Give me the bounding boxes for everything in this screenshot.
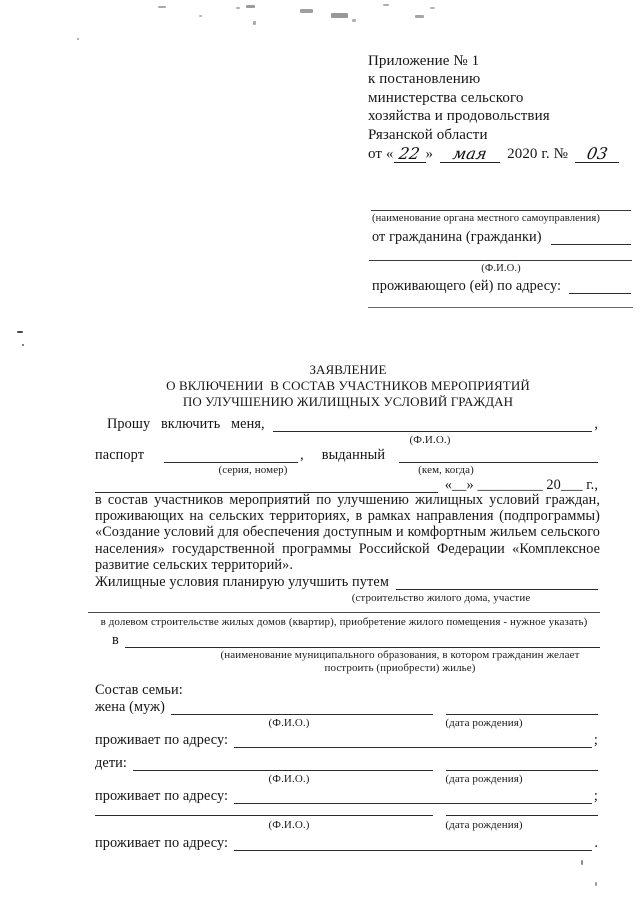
approval-line: министерства сельского xyxy=(368,89,632,107)
semicolon: ; xyxy=(592,733,598,748)
request-paragraph: в состав участников мероприятий по улучш… xyxy=(95,492,600,573)
blank-line-child-fio xyxy=(133,757,433,771)
org-caption: (наименование органа местного самоуправл… xyxy=(372,213,600,224)
blank-line-passport xyxy=(164,449,298,463)
fio-caption: (Ф.И.О.) xyxy=(269,819,310,831)
fio-caption: (Ф.И.О.) xyxy=(410,434,451,446)
blank-line xyxy=(95,479,438,493)
housing-lead-label: Жилищные условия планирую улучшить путем xyxy=(95,575,389,590)
blank-line-fio xyxy=(273,418,593,432)
fio-caption: (Ф.И.О.) xyxy=(269,773,310,785)
from-citizen-row: от гражданина (гражданки) xyxy=(372,230,631,245)
spouse-label: жена (муж) xyxy=(95,700,165,715)
title-line-3: ПО УЛУЧШЕНИЮ ЖИЛИЩНЫХ УСЛОВИЙ ГРАЖДАН xyxy=(98,394,598,410)
housing-separator xyxy=(88,612,600,613)
blank-line-member-fio xyxy=(95,802,433,816)
scan-speck xyxy=(352,19,356,22)
family-heading-label: Состав семьи: xyxy=(95,683,183,698)
issue-date-row: «__» _________ 20___ г., xyxy=(95,478,598,493)
housing-caption-2: в долевом строительстве жилых домов (ква… xyxy=(88,616,600,628)
scanned-document-page: Приложение № 1 к постановлению министерс… xyxy=(0,0,640,905)
housing-lead-row: Жилищные условия планирую улучшить путем xyxy=(95,575,598,590)
blank-line-method xyxy=(396,576,598,590)
blank-line xyxy=(551,231,631,245)
blank-line-issuer xyxy=(399,449,598,463)
request-intro-row: Прошу включить меня, , xyxy=(95,417,598,432)
blank-line-municipality xyxy=(125,634,600,648)
scan-speck xyxy=(415,15,424,18)
residence-row: проживающего (ей) по адресу: xyxy=(372,279,631,294)
scan-speck xyxy=(595,882,597,886)
blank-line-address xyxy=(234,837,592,851)
scan-speck xyxy=(17,331,23,333)
address-label: проживает по адресу: xyxy=(95,733,228,748)
extra-member-address-row: проживает по адресу: . xyxy=(95,836,598,851)
scan-speck xyxy=(300,9,313,13)
municipality-caption-1: (наименование муниципального образования… xyxy=(221,649,580,661)
date-blank-text: «__» _________ 20___ г., xyxy=(438,478,598,493)
title-line-1: ЗАЯВЛЕНИЕ xyxy=(98,362,598,378)
approval-line: Приложение № 1 xyxy=(368,52,632,70)
title-line-2: О ВКЛЮЧЕНИИ В СОСТАВ УЧАСТНИКОВ МЕРОПРИЯ… xyxy=(98,378,598,394)
approval-line: хозяйства и продовольствия xyxy=(368,107,632,125)
handwritten-month: мая xyxy=(440,145,500,163)
comma: , xyxy=(298,448,304,463)
date-year-label: 2020 г. № xyxy=(507,145,568,163)
date-prefix: от « xyxy=(368,145,394,163)
passport-row: паспорт , выданный xyxy=(95,448,598,463)
date-quote-close: » xyxy=(426,145,434,163)
scan-speck xyxy=(430,7,435,9)
passport-label: паспорт xyxy=(95,448,144,463)
document-title: ЗАЯВЛЕНИЕ О ВКЛЮЧЕНИИ В СОСТАВ УЧАСТНИКО… xyxy=(98,362,598,410)
housing-caption-1: (строительство жилого дома, участие xyxy=(352,592,531,604)
spouse-address-row: проживает по адресу: ; xyxy=(95,733,598,748)
extra-member-row xyxy=(95,802,598,816)
series-caption: (серия, номер) xyxy=(218,464,287,476)
municipality-row: в xyxy=(95,633,600,648)
issuer-caption: (кем, когда) xyxy=(418,464,474,476)
from-citizen-label: от гражданина (гражданки) xyxy=(372,230,542,245)
scan-speck xyxy=(383,4,389,6)
scan-speck xyxy=(253,21,256,25)
scan-speck xyxy=(199,15,202,17)
scan-speck xyxy=(581,860,583,865)
scan-speck xyxy=(331,13,348,18)
handwritten-day-value: 22 xyxy=(398,145,422,163)
dob-caption: (дата рождения) xyxy=(445,819,522,831)
scan-speck xyxy=(77,38,79,40)
approval-line: к постановлению xyxy=(368,70,632,88)
addressee-bottom-rule xyxy=(368,307,633,308)
in-label: в xyxy=(95,633,119,648)
addressee-top-rule xyxy=(371,210,631,211)
address-label: проживает по адресу: xyxy=(95,836,228,851)
blank-line-address xyxy=(234,734,592,748)
addressee-mid-rule xyxy=(369,260,632,261)
scan-speck xyxy=(158,6,166,8)
blank-line-child-dob xyxy=(446,757,598,771)
fio-caption: (Ф.И.О.) xyxy=(269,717,310,729)
dob-caption: (дата рождения) xyxy=(445,773,522,785)
trailing-comma: , xyxy=(592,417,598,432)
dob-caption: (дата рождения) xyxy=(445,717,522,729)
blank-line xyxy=(569,280,631,294)
blank-line-member-dob xyxy=(446,802,598,816)
blank-line-spouse-fio xyxy=(171,701,433,715)
handwritten-number-value: 03 xyxy=(585,145,609,163)
scan-speck xyxy=(236,7,240,9)
approval-stamp: Приложение № 1 к постановлению министерс… xyxy=(368,52,632,163)
approval-date-line: от «22»мая2020 г. №03 xyxy=(368,145,632,163)
handwritten-day: 22 xyxy=(394,145,426,163)
fio-caption: (Ф.И.О.) xyxy=(371,263,631,274)
scan-speck xyxy=(22,344,24,346)
children-label: дети: xyxy=(95,756,127,771)
blank-line-spouse-dob xyxy=(446,701,598,715)
request-intro-label: Прошу включить меня, xyxy=(95,417,265,432)
family-heading: Состав семьи: xyxy=(95,683,183,698)
period: . xyxy=(592,836,598,851)
municipality-caption-2: построить (приобрести) жилье) xyxy=(324,662,475,674)
scan-speck xyxy=(246,5,255,8)
handwritten-month-value: мая xyxy=(452,145,489,163)
handwritten-number: 03 xyxy=(575,145,619,163)
children-row: дети: xyxy=(95,756,598,771)
approval-line: Рязанской области xyxy=(368,126,632,144)
spouse-row: жена (муж) xyxy=(95,700,598,715)
residence-label: проживающего (ей) по адресу: xyxy=(372,279,561,294)
issued-label: выданный xyxy=(322,448,385,463)
